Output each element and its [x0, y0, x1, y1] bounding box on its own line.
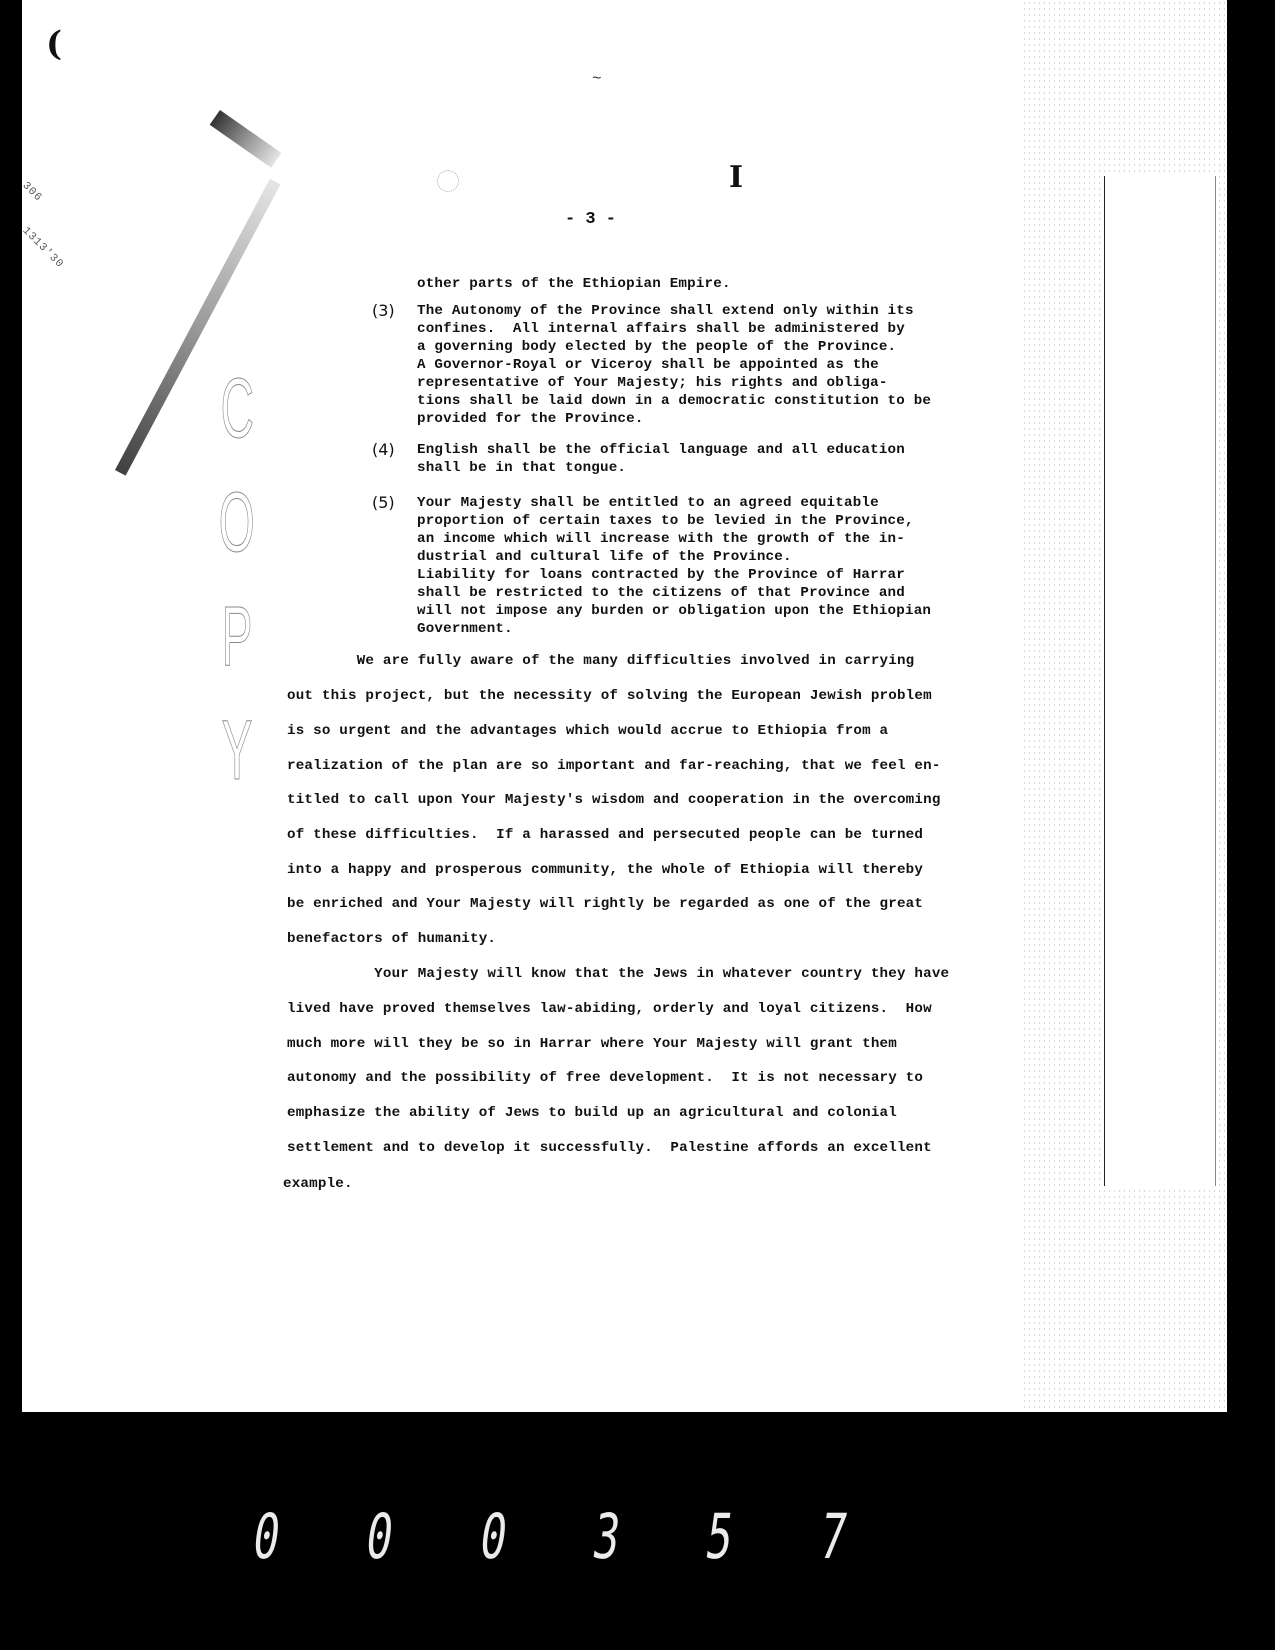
scan-border-left	[0, 0, 22, 1650]
item-line: an income which will increase with the g…	[417, 531, 905, 547]
counter-digit: 0	[248, 1500, 284, 1573]
document-page	[22, 0, 1227, 1412]
scan-border-right	[1227, 0, 1275, 1650]
counter-digit: 0	[475, 1500, 511, 1573]
paragraph-line: much more will they be so in Harrar wher…	[287, 1036, 897, 1052]
item-line: shall be in that tongue.	[417, 460, 626, 476]
counter-digit: 0	[362, 1500, 398, 1573]
paragraph-line: is so urgent and the advantages which wo…	[287, 723, 888, 739]
paragraph-line: autonomy and the possibility of free dev…	[287, 1070, 923, 1086]
paragraph-line: be enriched and Your Majesty will rightl…	[287, 896, 923, 912]
item-line: Government.	[417, 621, 513, 637]
paragraph-line: Your Majesty will know that the Jews in …	[287, 966, 949, 982]
paragraph-line: settlement and to develop it successfull…	[287, 1140, 932, 1156]
item-number: (3)	[372, 301, 395, 320]
counter-digit: 5	[702, 1500, 738, 1573]
item-line: Liability for loans contracted by the Pr…	[417, 567, 905, 583]
paragraph-line: emphasize the ability of Jews to build u…	[287, 1105, 897, 1121]
item-line: representative of Your Majesty; his righ…	[417, 375, 888, 391]
item-line: English shall be the official language a…	[417, 442, 905, 458]
page-number: - 3 -	[565, 210, 616, 229]
copy-stamp-letter: O	[219, 474, 255, 570]
punch-hole-mark	[437, 170, 459, 192]
continuation-line: other parts of the Ethiopian Empire.	[417, 276, 731, 292]
item-line: shall be restricted to the citizens of t…	[417, 585, 905, 601]
item-line: Your Majesty shall be entitled to an agr…	[417, 495, 879, 511]
ink-mark: ~	[592, 70, 602, 88]
item-line: The Autonomy of the Province shall exten…	[417, 303, 914, 319]
counter-digit: 7	[815, 1500, 851, 1573]
corner-mark: (	[46, 24, 62, 64]
paragraph-line: into a happy and prosperous community, t…	[287, 862, 923, 878]
item-line: proportion of certain taxes to be levied…	[417, 513, 914, 529]
item-line: confines. All internal affairs shall be …	[417, 321, 905, 337]
paragraph-line: of these difficulties. If a harassed and…	[287, 827, 923, 843]
copy-stamp-letter: C	[220, 360, 253, 456]
counter-digit: 3	[588, 1500, 624, 1573]
copy-stamp-letter: P	[222, 588, 253, 684]
paragraph-line: titled to call upon Your Majesty's wisdo…	[287, 792, 941, 808]
item-line: a governing body elected by the people o…	[417, 339, 896, 355]
underlying-sheet-edge	[1104, 176, 1216, 1186]
item-line: dustrial and cultural life of the Provin…	[417, 549, 792, 565]
paragraph-line: We are fully aware of the many difficult…	[287, 653, 914, 669]
paragraph-line: example.	[283, 1176, 353, 1192]
paragraph-line: out this project, but the necessity of s…	[287, 688, 932, 704]
paragraph-line: realization of the plan are so important…	[287, 758, 941, 774]
frame-counter: 0 0 0 3 5 7	[248, 1500, 852, 1573]
item-line: tions shall be laid down in a democratic…	[417, 393, 931, 409]
copy-stamp-letter: Y	[222, 702, 253, 798]
item-number: (5)	[372, 493, 395, 512]
paragraph-line: lived have proved themselves law-abiding…	[287, 1001, 932, 1017]
item-number: (4)	[372, 440, 395, 459]
copy-stamp: C O P Y	[212, 360, 262, 798]
item-line: A Governor-Royal or Viceroy shall be app…	[417, 357, 879, 373]
item-line: provided for the Province.	[417, 411, 644, 427]
ink-mark: I	[729, 160, 743, 195]
item-line: will not impose any burden or obligation…	[417, 603, 931, 619]
paragraph-line: benefactors of humanity.	[287, 931, 496, 947]
